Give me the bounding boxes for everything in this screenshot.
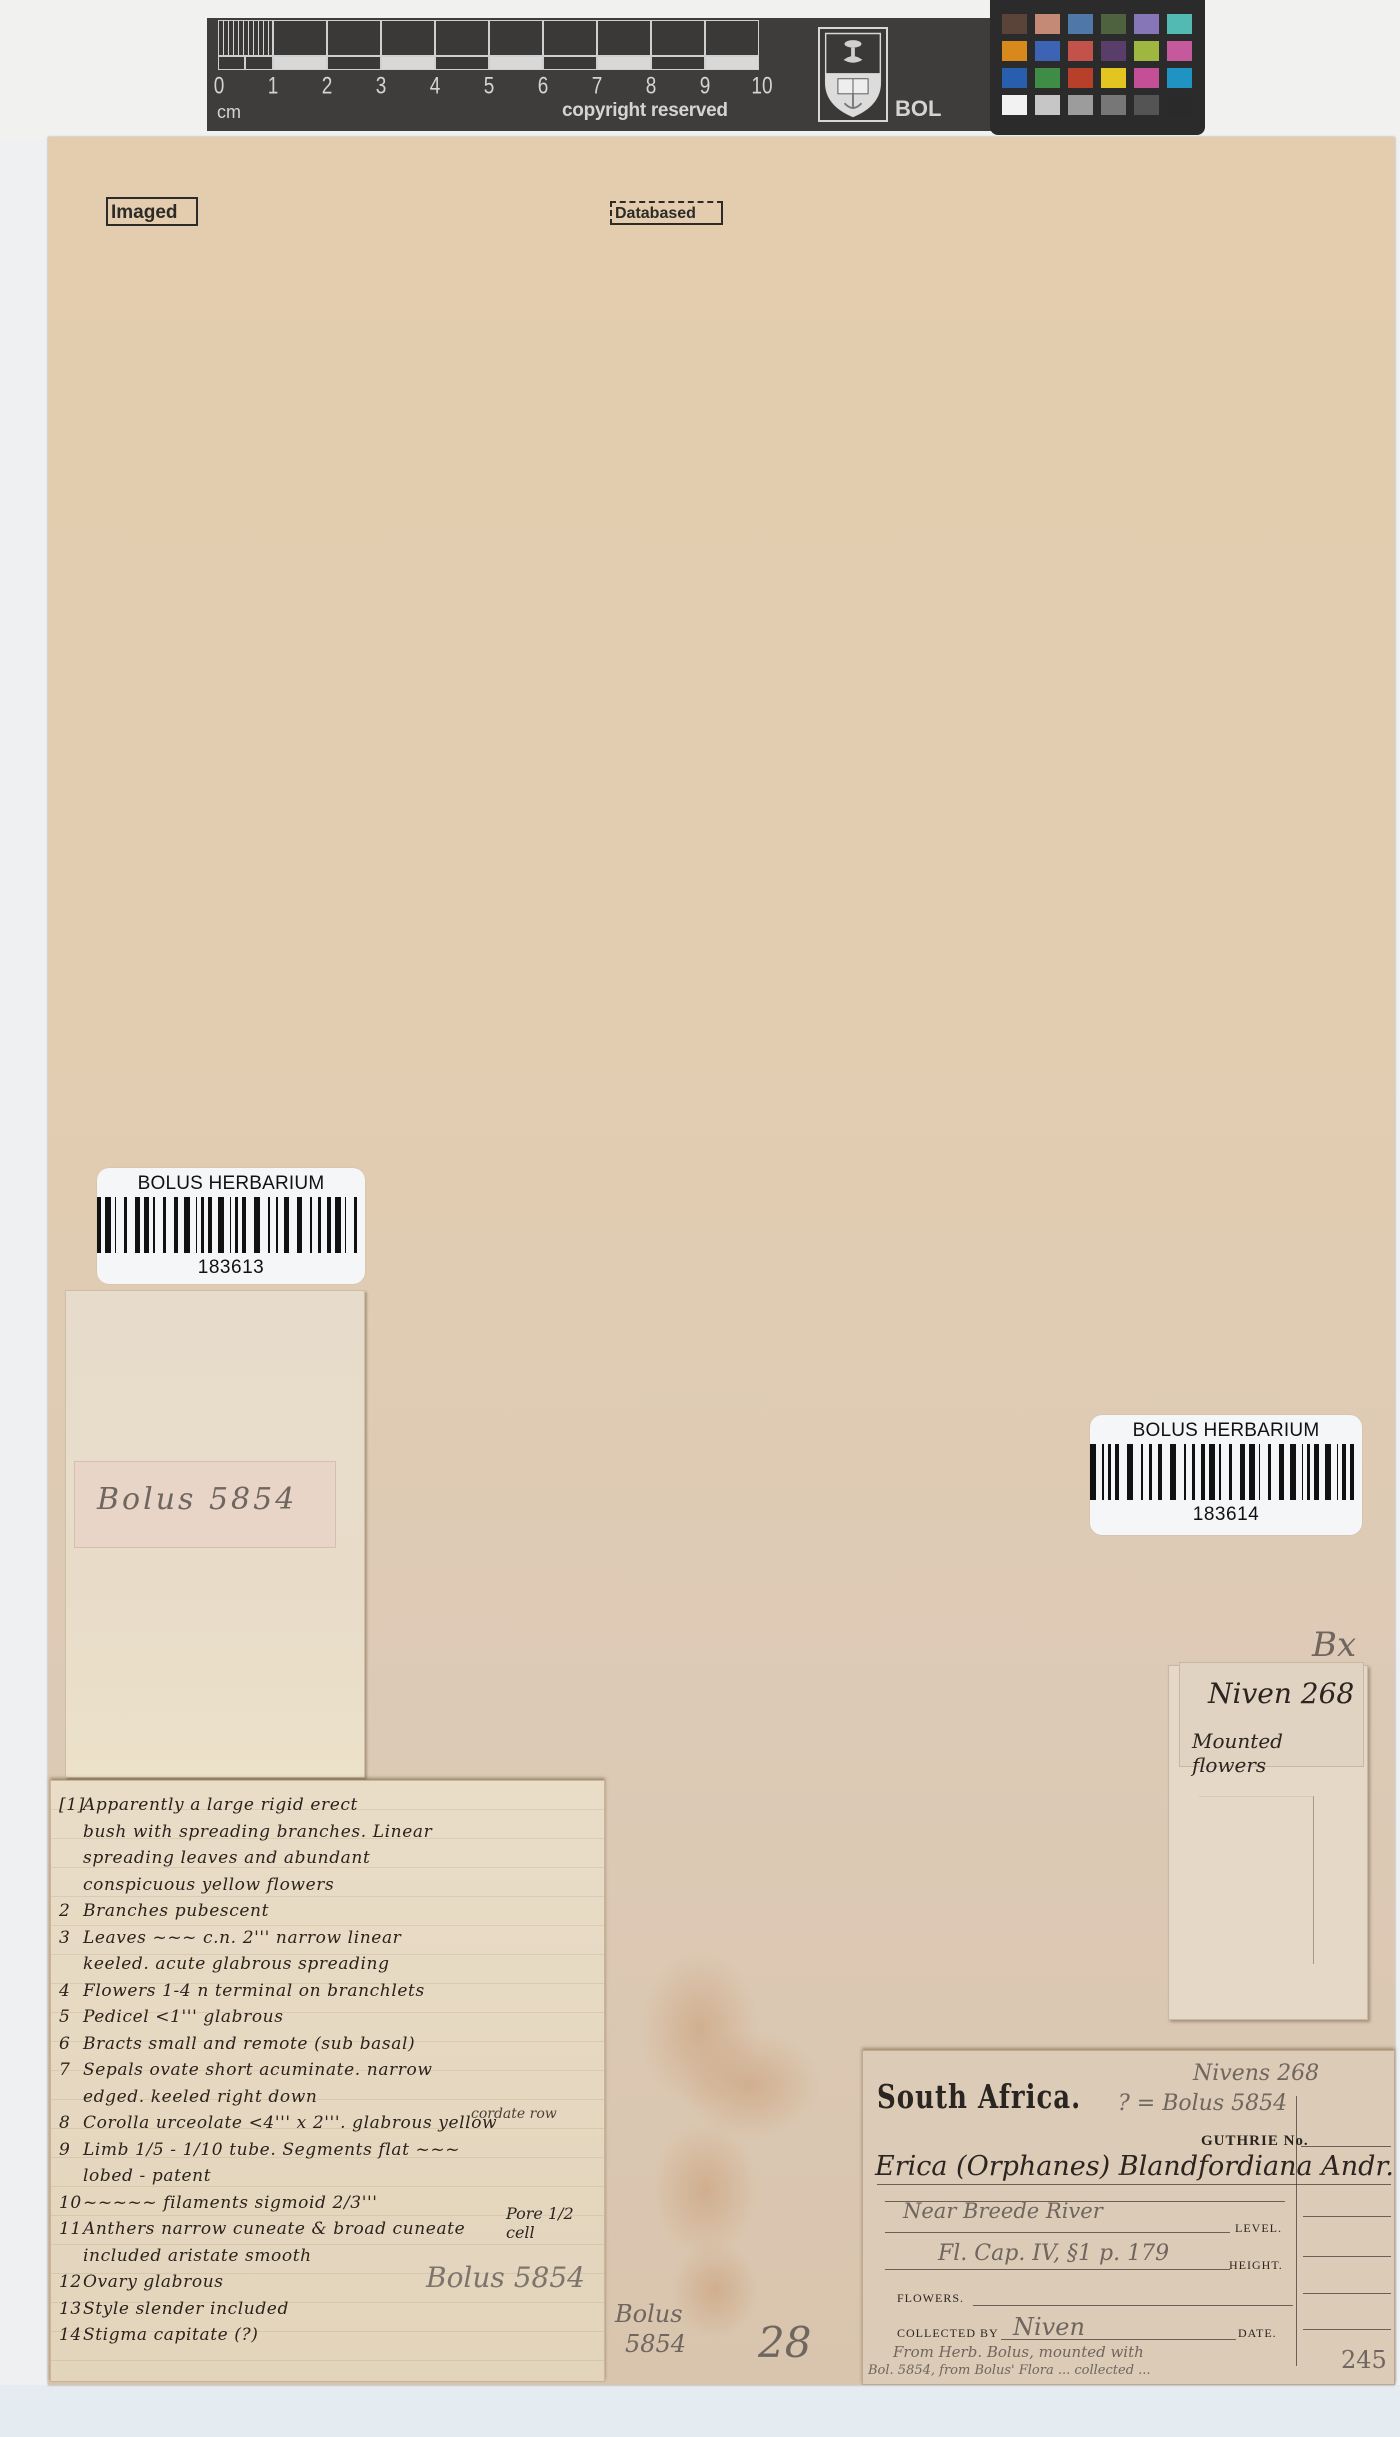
color-patch (1167, 14, 1192, 34)
barcode-number: 183613 (97, 1257, 365, 1279)
note-line: lobed - patent (59, 2166, 211, 2186)
color-patch (1068, 41, 1093, 61)
scale-block (597, 20, 651, 56)
color-patch (1068, 68, 1093, 88)
note-line-text: Sepals ovate short acuminate. narrow (83, 2060, 433, 2080)
scale-number: 9 (693, 73, 717, 101)
scale-number: 3 (369, 73, 393, 101)
note-line-text: Pedicel <1''' glabrous (83, 2007, 284, 2027)
description-notes-sheet: [1]Apparently a large rigid erectbush wi… (50, 1780, 605, 2382)
note-line-text: Leaves ~~~ c.n. 2''' narrow linear (83, 1928, 401, 1948)
color-patch (1101, 14, 1126, 34)
scale-block (705, 20, 759, 56)
scale-ruler: 0 1 2 3 4 5 6 7 8 9 10 cm copyright rese… (207, 18, 992, 131)
note-line-text: included aristate smooth (83, 2246, 312, 2266)
height-label: HEIGHT. (1229, 2258, 1283, 2273)
label-country: South Africa. (877, 2079, 1081, 2117)
label-remark: From Herb. Bolus, mounted with (893, 2343, 1144, 2361)
color-patch (1035, 41, 1060, 61)
scale-number: 7 (585, 73, 609, 101)
scale-strip (705, 56, 759, 70)
note-line: 12Ovary glabrous (59, 2272, 224, 2292)
notes-insert: cordate row (471, 2106, 557, 2122)
column-divider (1296, 2096, 1297, 2366)
scanner-backdrop-bottom (0, 2385, 1400, 2437)
note-line: [1]Apparently a large rigid erect (59, 1795, 358, 1815)
note-line: 7Sepals ovate short acuminate. narrow (59, 2060, 433, 2080)
scale-number: 1 (261, 73, 285, 101)
scale-number: 8 (639, 73, 663, 101)
note-line-text: Branches pubescent (83, 1901, 269, 1921)
color-patch (1101, 68, 1126, 88)
note-line: conspicuous yellow flowers (59, 1875, 334, 1895)
label-taxon: Erica (Orphanes) Blandfordiana Andr. (875, 2151, 1394, 2182)
note-line: bush with spreading branches. Linear (59, 1822, 432, 1842)
level-label: LEVEL. (1235, 2221, 1282, 2236)
pencil-mark: Bolus (615, 2300, 683, 2328)
field-rule (1303, 2216, 1391, 2217)
pencil-mark: 5854 (625, 2330, 686, 2358)
barcode-number: 183614 (1090, 1504, 1362, 1526)
label-pencil-note: Nivens 268 (1193, 2061, 1319, 2086)
note-line-text: bush with spreading branches. Linear (83, 1822, 432, 1842)
specimen-packet-right: Niven 268 Mounted flowers (1168, 1665, 1368, 2020)
note-line: 8Corolla urceolate <4''' x 2'''. glabrou… (59, 2113, 497, 2133)
scale-number: 2 (315, 73, 339, 101)
color-patch (1068, 14, 1093, 34)
packet-contents-note: Mounted flowers (1192, 1729, 1363, 1777)
specimen-label: South Africa. Nivens 268 ? = Bolus 5854 … (862, 2050, 1395, 2385)
note-line: 2Branches pubescent (59, 1901, 269, 1921)
note-line: 4Flowers 1-4 n terminal on branchlets (59, 1981, 425, 2001)
note-line-number: 9 (59, 2140, 83, 2160)
note-line-text: ~~~~~ filaments sigmoid 2/3''' (83, 2193, 378, 2213)
color-patch (1035, 14, 1060, 34)
note-line-text: Anthers narrow cuneate & broad cuneate (83, 2219, 465, 2239)
label-collector: Niven (1013, 2313, 1085, 2341)
barcode-label: BOLUS HERBARIUM 183613 (97, 1168, 365, 1284)
note-line-text: Bracts small and remote (sub basal) (83, 2034, 415, 2054)
color-patch (1101, 95, 1126, 115)
university-crest-icon (818, 27, 888, 122)
color-patch (1101, 41, 1126, 61)
barcode-label: BOLUS HERBARIUM 183614 (1090, 1415, 1362, 1535)
ruler-unit: cm (217, 102, 241, 123)
barcode-title: BOLUS HERBARIUM (1090, 1420, 1362, 1442)
scale-number: 10 (747, 73, 777, 101)
notes-signature: Bolus 5854 (426, 2261, 585, 2294)
packet-collector-note: Niven 268 (1208, 1677, 1354, 1710)
field-rule (885, 2269, 1230, 2270)
color-patch (1167, 68, 1192, 88)
pencil-mark: Bx (1312, 1625, 1356, 1665)
color-patch (1134, 68, 1159, 88)
color-patch (1002, 41, 1027, 61)
packet-annotation: Bolus 5854 (97, 1482, 297, 1517)
scale-strip (597, 56, 651, 70)
field-rule (1301, 2146, 1391, 2147)
notes-side-note: Pore 1/2 cell (506, 2204, 604, 2242)
note-line-text: keeled. acute glabrous spreading (83, 1954, 390, 1974)
scale-number: 5 (477, 73, 501, 101)
color-patch (1167, 95, 1192, 115)
note-line: 5Pedicel <1''' glabrous (59, 2007, 284, 2027)
color-patch (1068, 95, 1093, 115)
color-patch (1035, 68, 1060, 88)
field-rule (1303, 2293, 1391, 2294)
note-line: spreading leaves and abundant (59, 1848, 370, 1868)
imaged-stamp: Imaged (106, 197, 198, 226)
scale-number: 4 (423, 73, 447, 101)
color-patch (1035, 95, 1060, 115)
note-line-number: 5 (59, 2007, 83, 2027)
note-line-text: conspicuous yellow flowers (83, 1875, 334, 1895)
label-number: 245 (1341, 2346, 1387, 2374)
note-line-text: spreading leaves and abundant (83, 1848, 370, 1868)
field-rule (885, 2232, 1230, 2233)
note-line: 9Limb 1/5 - 1/10 tube. Segments flat ~~~ (59, 2140, 460, 2160)
note-line-text: Style slender included (83, 2299, 289, 2319)
note-line-number: 12 (59, 2272, 83, 2292)
note-line-text: Ovary glabrous (83, 2272, 224, 2292)
scale-block (327, 20, 381, 56)
field-rule (1001, 2339, 1236, 2340)
specimen-packet-left: Bolus 5854 (65, 1290, 365, 1778)
color-patch (1134, 95, 1159, 115)
packet-flap: Niven 268 Mounted flowers (1179, 1662, 1364, 1767)
scale-strip (435, 56, 489, 70)
note-line-number: 13 (59, 2299, 83, 2319)
note-line-number: 4 (59, 1981, 83, 2001)
packet-annotation-strip: Bolus 5854 (74, 1461, 336, 1548)
color-patch (1134, 14, 1159, 34)
scale-strip (273, 56, 327, 70)
barcode-title: BOLUS HERBARIUM (97, 1173, 365, 1195)
guthrie-label: GUTHRIE No. (1201, 2133, 1309, 2150)
color-patch (1134, 41, 1159, 61)
note-line-number: 11 (59, 2219, 83, 2239)
note-line: edged. keeled right down (59, 2087, 317, 2107)
scale-strip (327, 56, 381, 70)
field-rule (973, 2305, 1293, 2306)
scale-strip (543, 56, 597, 70)
color-calibration-card (990, 0, 1205, 135)
scale-strip (381, 56, 435, 70)
collected-by-label: COLLECTED BY (897, 2326, 999, 2341)
note-line-number: 8 (59, 2113, 83, 2133)
note-line-number: 7 (59, 2060, 83, 2080)
label-remark: Bol. 5854, from Bolus' Flora ... collect… (868, 2363, 1151, 2378)
color-patch (1167, 41, 1192, 61)
note-line: 11Anthers narrow cuneate & broad cuneate (59, 2219, 465, 2239)
scale-strip (245, 56, 273, 70)
label-locality: Near Breede River (903, 2199, 1103, 2223)
specimen-stain (670, 2240, 760, 2340)
barcode-icon (1090, 1444, 1362, 1500)
note-line-text: Stigma capitate (?) (83, 2325, 258, 2345)
color-patch (1002, 95, 1027, 115)
databased-stamp: Databased (610, 201, 723, 225)
note-line: 3Leaves ~~~ c.n. 2''' narrow linear (59, 1928, 401, 1948)
note-line-text: Corolla urceolate <4''' x 2'''. glabrous… (83, 2113, 497, 2133)
note-line: 6Bracts small and remote (sub basal) (59, 2034, 415, 2054)
institution-code: BOL (895, 96, 941, 122)
label-pencil-note: ? = Bolus 5854 (1118, 2091, 1287, 2116)
note-line: 13Style slender included (59, 2299, 289, 2319)
note-line: 14Stigma capitate (?) (59, 2325, 258, 2345)
note-line-text: Limb 1/5 - 1/10 tube. Segments flat ~~~ (83, 2140, 460, 2160)
scale-strip (218, 56, 245, 70)
scale-strip (651, 56, 705, 70)
note-line-number: 6 (59, 2034, 83, 2054)
note-line: included aristate smooth (59, 2246, 312, 2266)
note-line: keeled. acute glabrous spreading (59, 1954, 390, 1974)
field-rule (1303, 2329, 1391, 2330)
note-line-number: 10 (59, 2193, 83, 2213)
barcode-icon (97, 1197, 365, 1253)
note-line-number: 2 (59, 1901, 83, 1921)
field-rule (877, 2184, 1391, 2185)
note-line-text: Flowers 1-4 n terminal on branchlets (83, 1981, 425, 2001)
scale-number: 0 (207, 73, 231, 101)
scale-block (381, 20, 435, 56)
color-patch (1002, 68, 1027, 88)
note-line-number: 3 (59, 1928, 83, 1948)
color-patch (1002, 14, 1027, 34)
specimen-stain (650, 2120, 760, 2260)
scale-block (651, 20, 705, 56)
note-line-number: 14 (59, 2325, 83, 2345)
flowers-label: FLOWERS. (897, 2291, 964, 2306)
scale-strip (489, 56, 543, 70)
note-line-number: [1] (59, 1795, 83, 1815)
scale-block (273, 20, 327, 56)
field-rule (1303, 2256, 1391, 2257)
label-reference: Fl. Cap. IV, §1 p. 179 (938, 2241, 1169, 2266)
packet-inner-fold (1199, 1796, 1314, 1964)
copyright-text: copyright reserved (562, 100, 728, 122)
note-line-text: Apparently a large rigid erect (83, 1795, 358, 1815)
note-line-text: edged. keeled right down (83, 2087, 317, 2107)
pencil-mark: 28 (758, 2318, 811, 2367)
scale-block (489, 20, 543, 56)
scale-block-mm (218, 20, 273, 56)
scale-block (435, 20, 489, 56)
scale-number: 6 (531, 73, 555, 101)
date-label: DATE. (1238, 2326, 1277, 2341)
scale-block (543, 20, 597, 56)
note-line: 10~~~~~ filaments sigmoid 2/3''' (59, 2193, 378, 2213)
note-line-text: lobed - patent (83, 2166, 211, 2186)
